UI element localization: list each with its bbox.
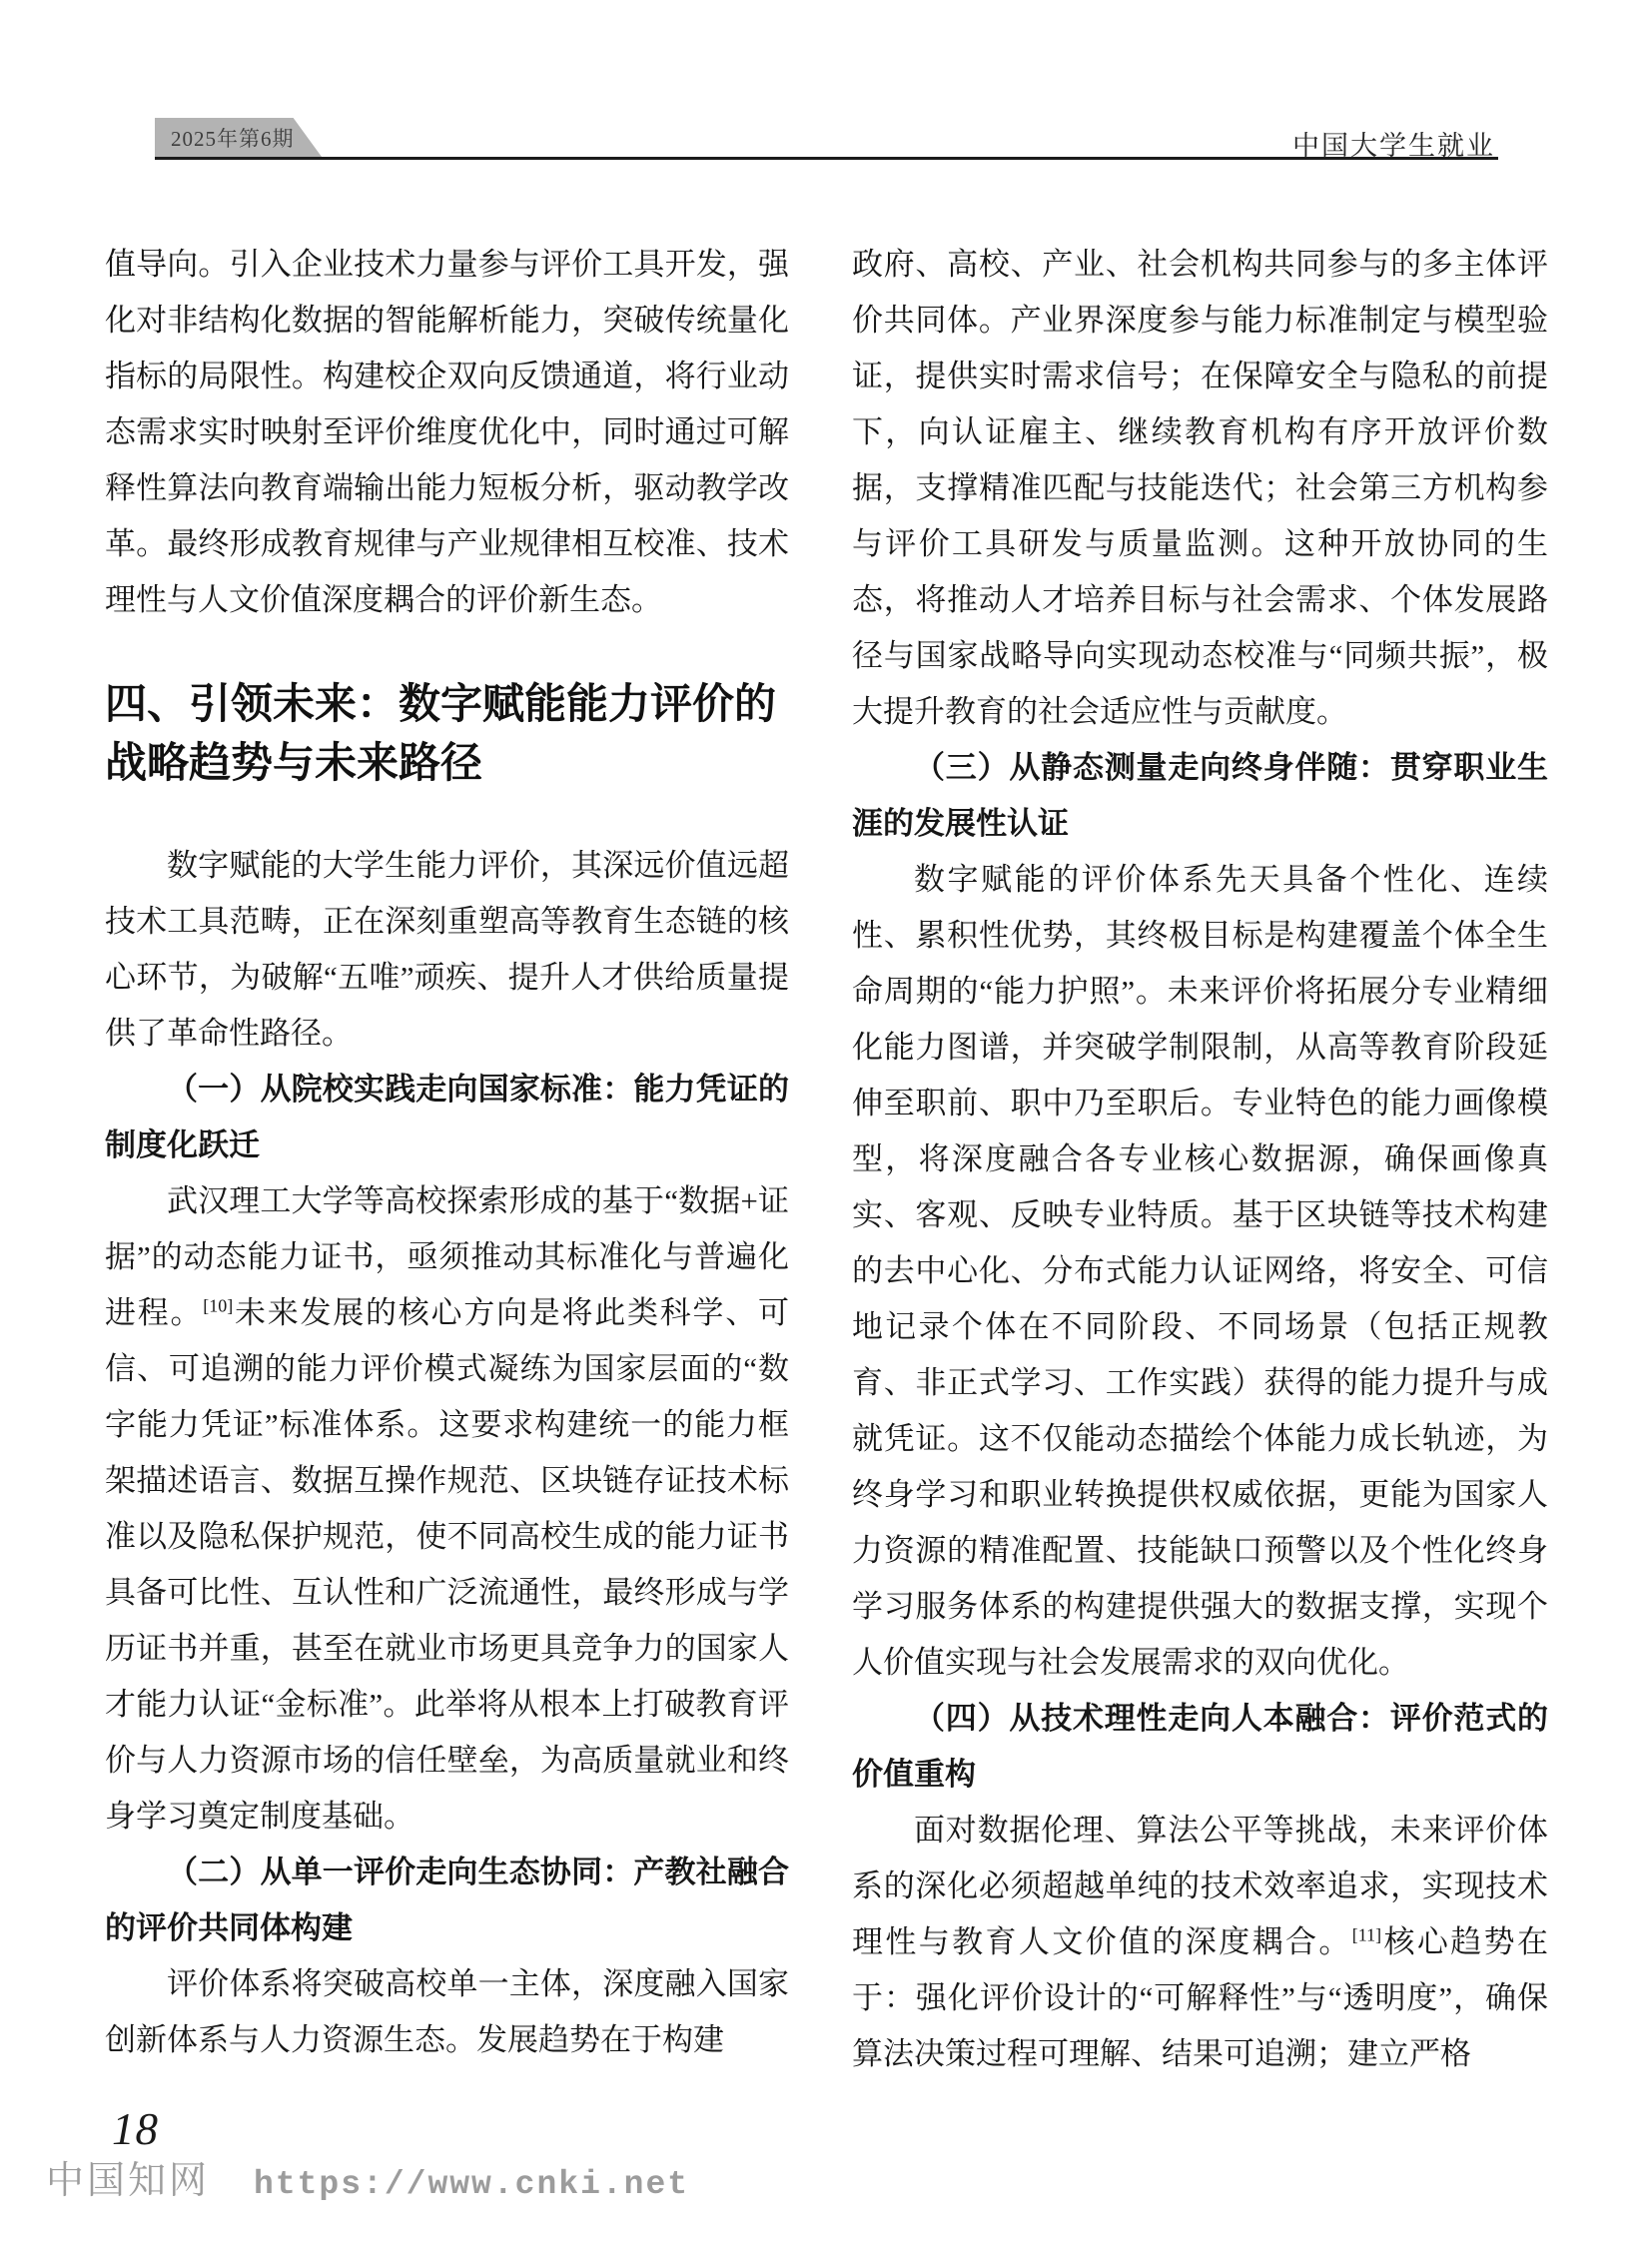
left-column: 值导向。引入企业技术力量参与评价工具开发，强化对非结构化数据的智能解析能力，突破… — [105, 237, 789, 2082]
text-run: （二）从单一评价走向生态协同：产教社融合的评价共同体构建 — [105, 1855, 789, 1945]
footnote-reference: [11] — [1352, 1925, 1381, 1945]
journal-page: 2025年第6期 中国大学生就业 值导向。引入企业技术力量参与评价工具开发，强化… — [0, 0, 1652, 2242]
text-run: 数字赋能的评价体系先天具备个性化、连续性、累积性优势，其终极目标是构建覆盖个体全… — [852, 862, 1548, 1680]
paragraph: 数字赋能的评价体系先天具备个性化、连续性、累积性优势，其终极目标是构建覆盖个体全… — [852, 852, 1548, 1691]
text-run: 评价体系将突破高校单一主体，深度融入国家创新体系与人力资源生态。发展趋势在于构建 — [105, 1966, 789, 2057]
paragraph: 武汉理工大学等高校探索形成的基于“数据+证据”的动态能力证书，亟须推动其标准化与… — [105, 1173, 789, 1845]
subsection-heading: （二）从单一评价走向生态协同：产教社融合的评价共同体构建 — [105, 1845, 789, 1956]
watermark-site-name: 中国知网 — [46, 2160, 210, 2202]
paragraph: 评价体系将突破高校单一主体，深度融入国家创新体系与人力资源生态。发展趋势在于构建 — [105, 1956, 789, 2068]
text-run: （三）从静态测量走向终身伴随：贯穿职业生涯的发展性认证 — [852, 750, 1548, 841]
text-run: （一）从院校实践走向国家标准：能力凭证的制度化跃迁 — [105, 1072, 789, 1162]
article-body: 值导向。引入企业技术力量参与评价工具开发，强化对非结构化数据的智能解析能力，突破… — [105, 237, 1548, 2082]
text-run: 值导向。引入企业技术力量参与评价工具开发，强化对非结构化数据的智能解析能力，突破… — [105, 247, 789, 617]
issue-label: 2025年第6期 — [171, 123, 295, 153]
subsection-heading: （一）从院校实践走向国家标准：能力凭证的制度化跃迁 — [105, 1062, 789, 1173]
footnote-reference: [10] — [203, 1296, 233, 1316]
paragraph-continued: 政府、高校、产业、社会机构共同参与的多主体评价共同体。产业界深度参与能力标准制定… — [852, 237, 1548, 740]
text-run: 数字赋能的大学生能力评价，其深远价值远超技术工具范畴，正在深刻重塑高等教育生态链… — [105, 848, 789, 1051]
subsection-heading: （四）从技术理性走向人本融合：评价范式的价值重构 — [852, 1691, 1548, 1803]
watermark: 中国知网https://www.cnki.net — [46, 2149, 689, 2204]
right-column: 政府、高校、产业、社会机构共同参与的多主体评价共同体。产业界深度参与能力标准制定… — [852, 237, 1548, 2082]
paragraph-continued: 值导向。引入企业技术力量参与评价工具开发，强化对非结构化数据的智能解析能力，突破… — [105, 237, 789, 628]
header-rule — [155, 157, 1498, 160]
text-run: 四、引领未来：数字赋能能力评价的战略趋势与未来路径 — [105, 680, 776, 786]
paragraph: 面对数据伦理、算法公平等挑战，未来评价体系的深化必须超越单纯的技术效率追求，实现… — [852, 1803, 1548, 2082]
issue-tag: 2025年第6期 — [155, 118, 322, 157]
paragraph: 数字赋能的大学生能力评价，其深远价值远超技术工具范畴，正在深刻重塑高等教育生态链… — [105, 838, 789, 1062]
page-number: 18 — [112, 2103, 159, 2155]
text-run: 未来发展的核心方向是将此类科学、可信、可追溯的能力评价模式凝练为国家层面的“数字… — [105, 1295, 789, 1834]
section-heading: 四、引领未来：数字赋能能力评价的战略趋势与未来路径 — [105, 674, 789, 792]
watermark-url: https://www.cnki.net — [254, 2166, 689, 2203]
text-run: （四）从技术理性走向人本融合：评价范式的价值重构 — [852, 1701, 1548, 1792]
text-run: 政府、高校、产业、社会机构共同参与的多主体评价共同体。产业界深度参与能力标准制定… — [852, 247, 1548, 729]
subsection-heading: （三）从静态测量走向终身伴随：贯穿职业生涯的发展性认证 — [852, 740, 1548, 852]
